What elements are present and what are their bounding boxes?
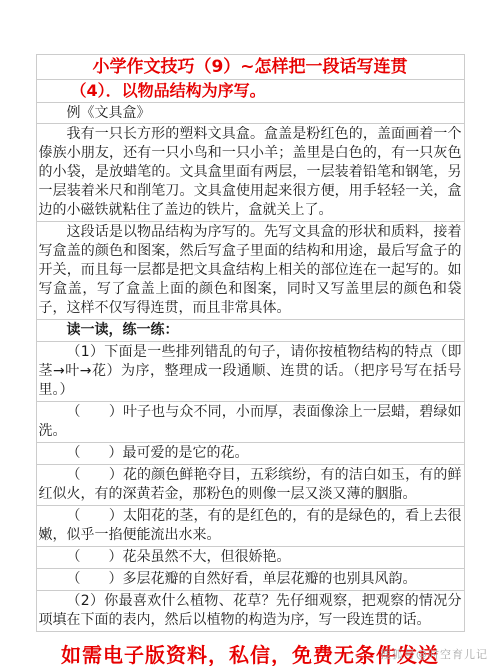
sentence-item-4: （ ）太阳花的茎，有的是红色的，有的是绿色的，看上去很嫩，似乎一掐便能流出水来。 [37, 506, 464, 547]
sentence-item-1: （ ）叶子也与众不同，小而厚，表面像涂上一层蜡，碧绿如洗。 [37, 402, 464, 443]
example-paragraph: 我有一只长方形的塑料文具盒。盒盖是粉红色的，盖面画着一个傣族小朋友，还有一只小鸟… [37, 124, 464, 222]
sentence-item-6: （ ）多层花瓣的自然好看，单层花瓣的也别具风韵。 [37, 569, 464, 591]
sentence-item-2: （ ）最可爱的是它的花。 [37, 443, 464, 465]
worksheet-page: 小学作文技巧（9）~怎样把一段话写连贯 （4）．以物品结构为序写。 例《文具盒》… [0, 0, 500, 666]
example-title: 例《文具盒》 [37, 103, 464, 124]
exercise-1-prompt: （1）下面是一些排列错乱的句子，请你按植物结构的特点（即茎→叶→花）为序，整理成… [37, 342, 464, 402]
doc-subtitle: （4）．以物品结构为序写。 [37, 80, 464, 103]
watermark: 搜狐号@时空育儿记 [380, 646, 488, 662]
doc-title: 小学作文技巧（9）~怎样把一段话写连贯 [37, 55, 464, 80]
analysis-paragraph: 这段话是以物品结构为序写的。先写文具盒的形状和质料，接着写盒盖的颜色和图案，然后… [37, 222, 464, 320]
worksheet-table: 小学作文技巧（9）~怎样把一段话写连贯 （4）．以物品结构为序写。 例《文具盒》… [36, 54, 465, 632]
exercise-2-prompt: （2）你最喜欢什么植物、花草？先仔细观察，把观察的情况分项填在下面的表内，然后以… [37, 591, 464, 631]
sentence-item-5: （ ）花朵虽然不大，但很娇艳。 [37, 547, 464, 569]
sentence-item-3: （ ）花的颜色鲜艳夺目，五彩缤纷，有的洁白如玉，有的鲜红似火，有的深黄若金，那粉… [37, 465, 464, 506]
practice-heading: 读一读，练一练： [37, 320, 464, 342]
